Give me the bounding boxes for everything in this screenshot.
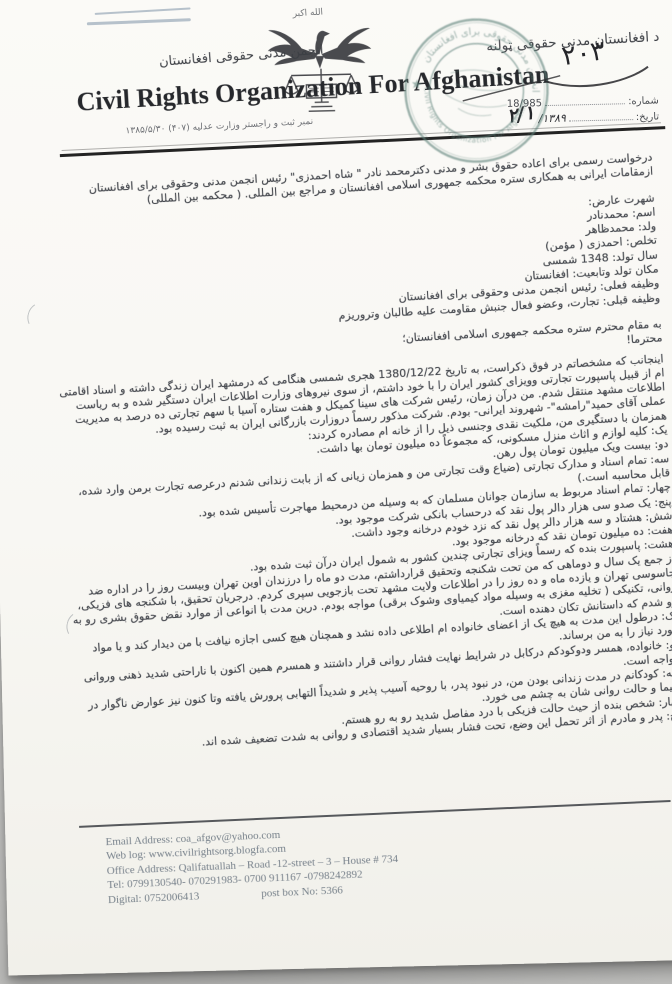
footer-digital: Digital: 0752006413	[108, 889, 200, 907]
applicant-details: شهرت عارض: اسم: محمدنادر ولد: محمدظاهر ت…	[49, 191, 660, 339]
handwritten-number: ۲۰۳	[560, 35, 608, 72]
letter-body: درخواست رسمی برای اعاده حقوق بشر و مدنی …	[47, 151, 672, 757]
registration-line: نمبر ثبت و راجستر وزارت عدلیه (۴۰۷) ۱۳۸۵…	[63, 117, 313, 140]
stamp-star-icon: ★	[410, 77, 424, 93]
dotted-line	[569, 119, 633, 121]
document-paper: الله اکبر انجمن مدنی حقوقی افغانستان د ا…	[0, 0, 672, 975]
footer-contact-block: Email Address: coa_afgov@yahoo.com Web l…	[105, 815, 588, 907]
date-label: تاریخ:	[636, 111, 660, 123]
number-label: شماره:	[628, 95, 659, 107]
scan-smudge-artifact	[87, 7, 197, 31]
margin-pen-artifact	[24, 300, 55, 334]
dotted-line	[545, 103, 625, 106]
bismillah-text: الله اکبر	[292, 8, 323, 20]
footer-postbox: post box No: 5366	[261, 883, 343, 901]
official-round-stamp-icon: انجمن مدنی حقوقی برای افغانستان Civil Ri…	[391, 5, 562, 176]
